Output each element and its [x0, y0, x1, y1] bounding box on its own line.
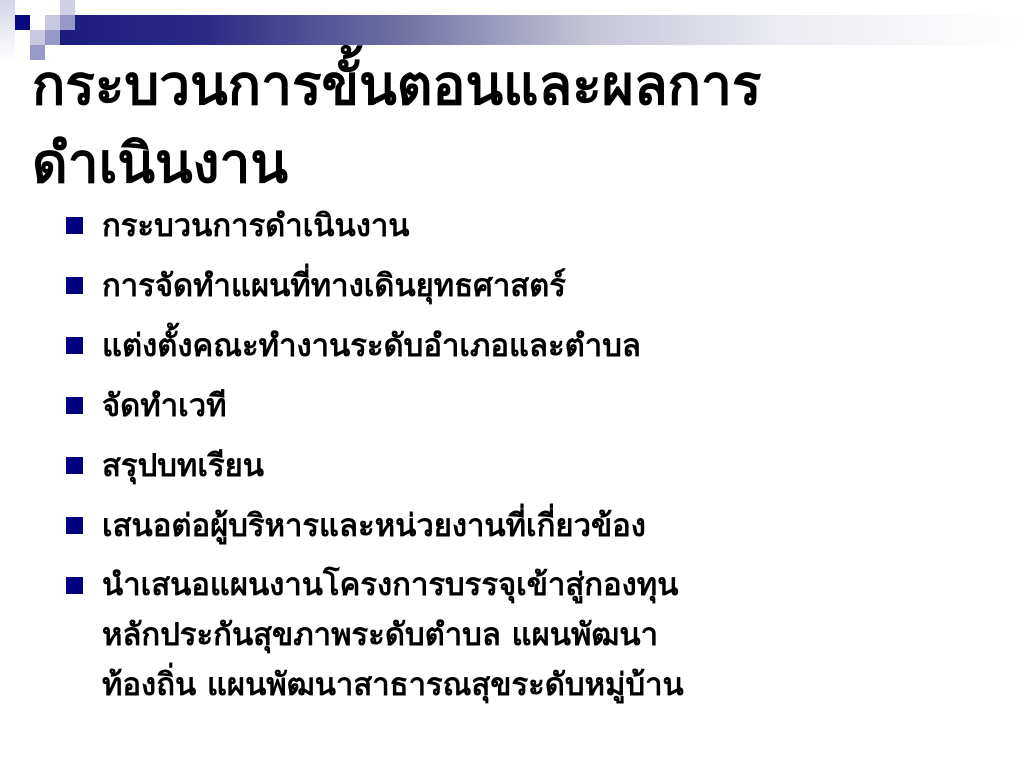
decorative-square-mid — [60, 15, 75, 30]
square-bullet-icon — [66, 517, 83, 534]
title-line-2: ดำเนินงาน — [32, 131, 288, 195]
bullet-text: แต่งตั้งคณะทำงานระดับอำเภอและตำบล — [102, 328, 641, 364]
slide-title: กระบวนการขั้นตอนและผลการ ดำเนินงาน — [32, 46, 992, 202]
bullet-text: เสนอต่อผู้บริหารและหน่วยงานที่เกี่ยวข้อง — [102, 508, 646, 544]
bullet-text: การจัดทำแผนที่ทางเดินยุทธศาสตร์ — [102, 268, 566, 304]
square-bullet-icon — [66, 337, 83, 354]
header-gradient-bar — [60, 15, 1024, 45]
bullet-item: สรุปบทเรียน — [66, 440, 986, 492]
bullet-text: จัดทำเวที — [102, 388, 227, 424]
corner-gradient-decoration — [0, 0, 15, 60]
bullet-text: กระบวนการดำเนินงาน — [102, 208, 409, 244]
bullet-item: แต่งตั้งคณะทำงานระดับอำเภอและตำบล — [66, 320, 986, 372]
bullet-text-line: หลักประกันสุขภาพระดับตำบล แผนพัฒนา — [102, 617, 658, 653]
decorative-square-light — [45, 15, 60, 30]
bullet-item: เสนอต่อผู้บริหารและหน่วยงานที่เกี่ยวข้อง — [66, 500, 986, 552]
bullet-item: จัดทำเวที — [66, 380, 986, 432]
decorative-square-mid — [45, 30, 60, 45]
square-bullet-icon — [66, 457, 83, 474]
bullet-text: สรุปบทเรียน — [102, 448, 264, 484]
square-bullet-icon — [66, 277, 83, 294]
bullet-item: การจัดทำแผนที่ทางเดินยุทธศาสตร์ — [66, 260, 986, 312]
bullet-item: กระบวนการดำเนินงาน — [66, 200, 986, 252]
bullet-item: นำเสนอแผนงานโครงการบรรจุเข้าสู่กองทุน หล… — [66, 560, 986, 710]
bullet-list: กระบวนการดำเนินงาน การจัดทำแผนที่ทางเดิน… — [66, 200, 986, 718]
decorative-square-light — [30, 30, 45, 45]
square-bullet-icon — [66, 217, 83, 234]
square-bullet-icon — [66, 577, 83, 594]
square-bullet-icon — [66, 397, 83, 414]
decorative-square-light — [60, 0, 75, 15]
bullet-text-line: ท้องถิ่น แผนพัฒนาสาธารณสุขระดับหมู่บ้าน — [102, 667, 684, 703]
bullet-text-line: นำเสนอแผนงานโครงการบรรจุเข้าสู่กองทุน — [102, 567, 678, 603]
decorative-square-dark — [15, 15, 30, 30]
title-line-1: กระบวนการขั้นตอนและผลการ — [32, 53, 761, 117]
